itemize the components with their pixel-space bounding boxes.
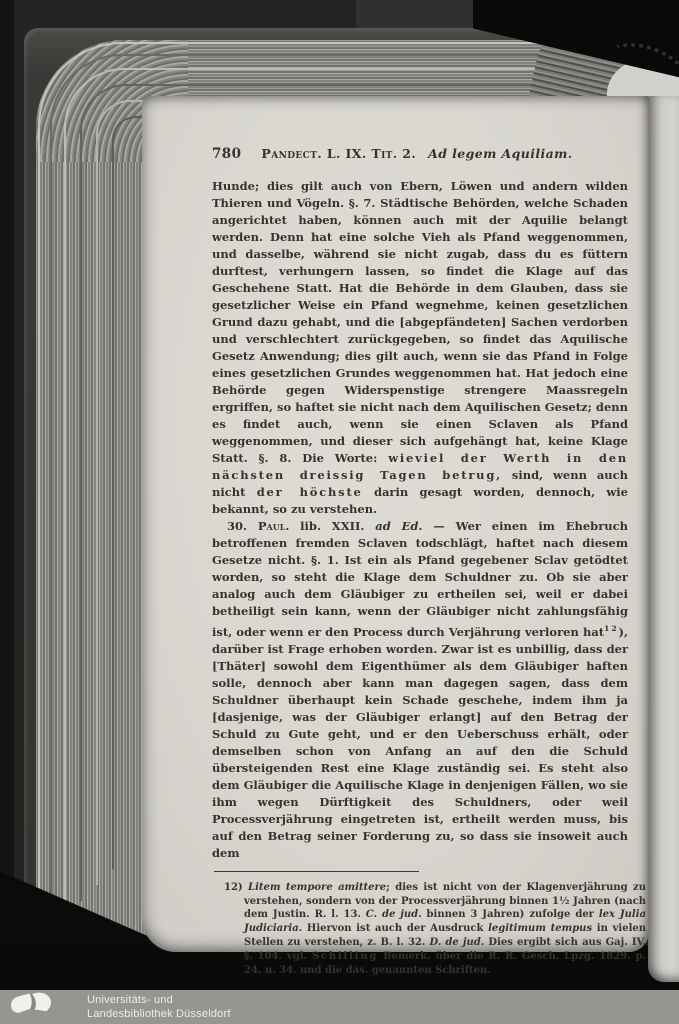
letterspaced-name: Schilling [312, 951, 378, 962]
footnote-italic: D. de jud. [430, 937, 485, 948]
library-watermark-bar: Universitäts- und Landesbibliothek Düsse… [0, 990, 679, 1024]
printed-content: 780 Pandect. L. IX. Tit. 2. Ad legem Aqu… [212, 146, 628, 977]
adjacent-page-edge [648, 96, 679, 982]
footnote-text: Hiervon ist auch der Ausdruck [302, 923, 488, 934]
header-title: Pandect. L. IX. Tit. 2. [261, 146, 416, 161]
body-paragraph-2: 30. Paul. lib. XXII. ad Ed. — Wer einen … [212, 518, 628, 862]
library-name: Universitäts- und Landesbibliothek Düsse… [87, 993, 231, 1021]
footnote-text: binnen 3 Jahren) zufolge der [422, 909, 599, 920]
paragraph-text: Hunde; dies gilt auch von Ebern, Löwen u… [212, 179, 628, 465]
page-number: 780 [212, 146, 241, 162]
background-left-strip [0, 0, 14, 990]
library-name-line1: Universitäts- und [87, 993, 231, 1007]
letterspaced-phrase: der höchste [257, 485, 363, 499]
open-page: 780 Pandect. L. IX. Tit. 2. Ad legem Aqu… [142, 96, 649, 952]
footnote-number: 12) [224, 882, 248, 893]
paragraph-text: ), darüber ist Frage erhoben worden. Zwa… [212, 625, 628, 860]
author-name: Paul. [258, 519, 289, 533]
section-number: 30. [227, 519, 258, 533]
citation: lib. XXII. [289, 519, 375, 533]
footnote-italic: legitimum tempus [488, 923, 592, 934]
body-paragraph-1: Hunde; dies gilt auch von Ebern, Löwen u… [212, 178, 628, 518]
footnote-italic: C. de jud. [366, 909, 422, 920]
paragraph-text: — Wer einen im Ehebruch betroffenen frem… [212, 519, 628, 639]
footnote-italic: Litem tempore amittere [248, 882, 386, 893]
footnote-separator [214, 871, 419, 872]
header-title-italic: Ad legem Aquiliam. [428, 146, 572, 161]
footnote-block: 12) Litem tempore amittere; dies ist nic… [224, 881, 646, 978]
citation-italic: ad Ed. [375, 519, 422, 533]
library-logo-icon [3, 990, 61, 1024]
book-scan-photo: 780 Pandect. L. IX. Tit. 2. Ad legem Aqu… [0, 0, 679, 1024]
running-header: 780 Pandect. L. IX. Tit. 2. Ad legem Aqu… [212, 146, 628, 162]
footnote-reference: 12 [604, 624, 618, 633]
library-name-line2: Landesbibliothek Düsseldorf [87, 1007, 231, 1021]
